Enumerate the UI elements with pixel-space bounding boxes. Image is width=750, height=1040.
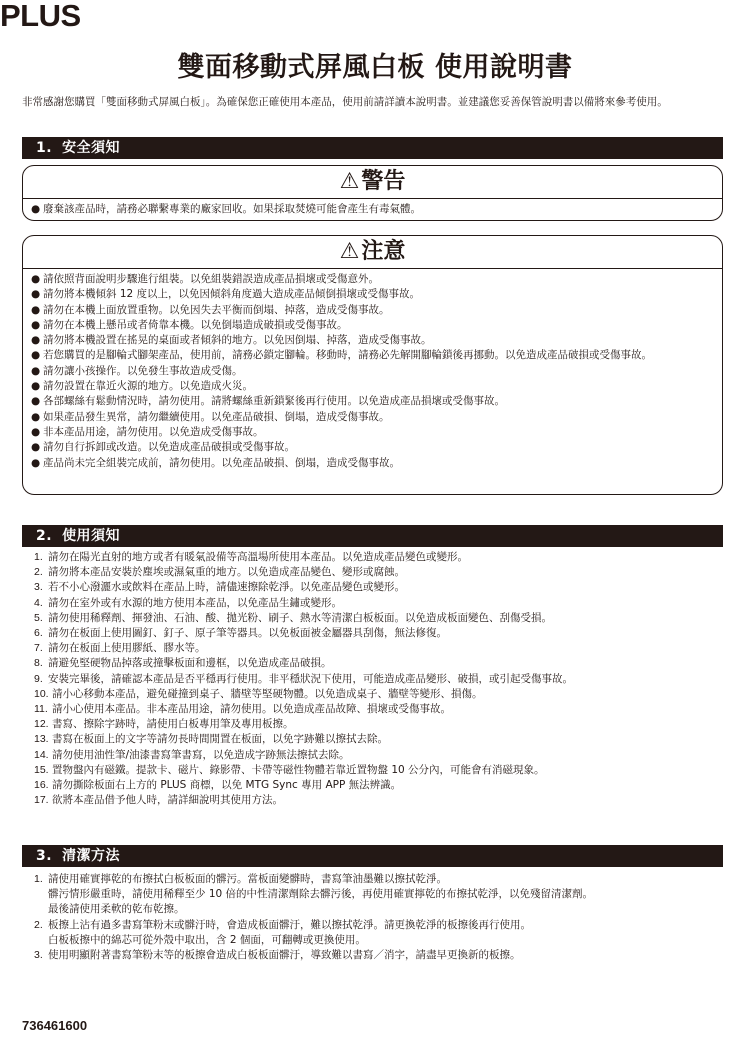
section-header-usage: 2.使用須知 [22, 525, 723, 547]
bullet-icon: ● [31, 410, 40, 425]
list-item: ●請勿在本機上面放置重物。以免因失去平衡而倒塌、掉落，造成受傷事故。 [31, 303, 714, 318]
caution-box: ⚠注意 ●請依照背面說明步驟進行組裝。以免組裝錯誤造成產品損壞或受傷意外。 ●請… [22, 235, 723, 495]
list-item: ●如果產品發生異常，請勿繼續使用。以免產品破損、倒塌，造成受傷事故。 [31, 410, 714, 425]
warning-heading: ⚠警告 [23, 166, 722, 199]
section-title: 使用須知 [62, 528, 120, 544]
list-item: 17.欲將本產品借予他人時，請詳細說明其使用方法。 [34, 793, 724, 808]
list-item: ●請勿自行拆卸或改造。以免造成產品破損或受傷事故。 [31, 440, 714, 455]
warning-title: 警告 [361, 169, 405, 194]
list-item: 15.置物盤內有磁鐵。提款卡、磁片、錄影帶、卡帶等磁性物體若靠近置物盤 10 公… [34, 763, 724, 778]
bullet-icon: ● [31, 287, 40, 302]
bullet-icon: ● [31, 379, 40, 394]
document-code: 736461600 [22, 1018, 87, 1034]
bullet-icon: ● [31, 272, 40, 287]
list-item: ●產品尚未完全組裝完成前，請勿使用。以免產品破損、倒塌，造成受傷事故。 [31, 456, 714, 471]
list-item: ●非本產品用途，請勿使用。以免造成受傷事故。 [31, 425, 714, 440]
list-item: ●各部螺絲有鬆動情況時，請勿使用。請將螺絲重新鎖緊後再行使用。以免造成產品損壞或… [31, 394, 714, 409]
intro-paragraph: 非常感謝您購買「雙面移動式屏風白板」。為確保您正確使用本產品，使用前請詳讀本說明… [22, 94, 722, 110]
section-number: 1. [36, 140, 52, 156]
warning-list: ●廢棄該產品時，請務必聯繫專業的廠家回收。如果採取焚燒可能會產生有毒氣體。 [23, 199, 722, 221]
list-item: 11.請小心使用本產品。非本產品用途，請勿使用。以免造成產品故障、損壞或受傷事故… [34, 702, 724, 717]
section-title: 安全須知 [62, 140, 120, 156]
brand-logo: PLUS [0, 0, 81, 36]
list-item: 16.請勿撕除板面右上方的 PLUS 商標，以免 MTG Sync 專用 APP… [34, 778, 724, 793]
section-number: 3. [36, 848, 52, 864]
section-number: 2. [36, 528, 52, 544]
list-item: 8.請避免堅硬物品掉落或撞擊板面和邊框，以免造成產品破損。 [34, 656, 724, 671]
section-header-cleaning: 3.清潔方法 [22, 845, 723, 867]
caution-heading: ⚠注意 [23, 236, 722, 269]
bullet-icon: ● [31, 303, 40, 318]
bullet-icon: ● [31, 456, 40, 471]
list-item: ●請依照背面說明步驟進行組裝。以免組裝錯誤造成產品損壞或受傷意外。 [31, 272, 714, 287]
list-item: ●若您購買的是腳輪式腳架產品，使用前，請務必鎖定腳輪。移動時，請務必先解開腳輪鎖… [31, 348, 714, 363]
bullet-icon: ● [31, 202, 40, 217]
list-item: 3. 使用明顯附著書寫筆粉末等的板擦會造成白板板面髒汙，導致難以書寫／消字，請盡… [34, 948, 724, 963]
list-item: 5.請勿使用稀釋劑、揮發油、石油、酸、拋光粉、刷子、熱水等清潔白板板面。以免造成… [34, 611, 724, 626]
bullet-icon: ● [31, 425, 40, 440]
bullet-icon: ● [31, 348, 40, 363]
section-header-safety: 1.安全須知 [22, 137, 723, 159]
list-item: 2.請勿將本產品安裝於塵埃或濕氣重的地方。以免造成產品變色、變形或腐蝕。 [34, 565, 724, 580]
list-item: 1.請勿在陽光直射的地方或者有暖氣設備等高溫場所使用本產品。以免造成產品變色或變… [34, 550, 724, 565]
bullet-icon: ● [31, 440, 40, 455]
list-item: 6.請勿在板面上使用圖釘、釘子、原子筆等器具。以免板面被金屬器具刮傷，無法修復。 [34, 626, 724, 641]
list-item: ●請勿將本機設置在搖晃的桌面或者傾斜的地方。以免因倒塌、掉落，造成受傷事故。 [31, 333, 714, 348]
list-item: 3.若不小心潑灑水或飲料在產品上時，請儘速擦除乾淨。以免產品變色或變形。 [34, 580, 724, 595]
bullet-icon: ● [31, 318, 40, 333]
section-title: 清潔方法 [62, 848, 120, 864]
bullet-icon: ● [31, 333, 40, 348]
caution-title: 注意 [361, 239, 405, 264]
list-item: 13.書寫在板面上的文字等請勿長時間閒置在板面，以免字跡難以擦拭去除。 [34, 732, 724, 747]
list-item: 10.請小心移動本產品，避免碰撞到桌子、牆壁等堅硬物體。以免造成桌子、牆壁等變形… [34, 687, 724, 702]
caution-list: ●請依照背面說明步驟進行組裝。以免組裝錯誤造成產品損壞或受傷意外。 ●請勿將本機… [23, 269, 722, 475]
list-item: ●廢棄該產品時，請務必聯繫專業的廠家回收。如果採取焚燒可能會產生有毒氣體。 [31, 202, 714, 217]
list-item: 4.請勿在室外或有水源的地方使用本產品，以免產品生鏽或變形。 [34, 596, 724, 611]
warning-box: ⚠警告 ●廢棄該產品時，請務必聯繫專業的廠家回收。如果採取焚燒可能會產生有毒氣體… [22, 165, 723, 221]
bullet-icon: ● [31, 364, 40, 379]
list-item: 12.書寫、擦除字跡時，請使用白板專用筆及專用板擦。 [34, 717, 724, 732]
warning-triangle-icon: ⚠ [340, 169, 360, 194]
bullet-icon: ● [31, 394, 40, 409]
list-item: 1. 請使用確實擰乾的布擦拭白板板面的髒污。當板面變髒時，書寫筆油墨難以擦拭乾淨… [34, 872, 724, 918]
document-title: 雙面移動式屏風白板 使用說明書 [0, 50, 750, 86]
list-item: ●請勿在本機上懸吊或者倚靠本機。以免倒塌造成破損或受傷事故。 [31, 318, 714, 333]
list-item: 7.請勿在板面上使用膠紙、膠水等。 [34, 641, 724, 656]
list-item: 2. 板擦上沾有過多書寫筆粉末或髒汙時，會造成板面髒汙，難以擦拭乾淨。請更換乾淨… [34, 918, 724, 948]
list-item: ●請勿讓小孩操作。以免發生事故造成受傷。 [31, 364, 714, 379]
list-item: 14.請勿使用油性筆/油漆書寫筆書寫，以免造成字跡無法擦拭去除。 [34, 748, 724, 763]
list-item: ●請勿將本機傾斜 12 度以上，以免因傾斜角度過大造成產品傾倒損壞或受傷事故。 [31, 287, 714, 302]
cleaning-list: 1. 請使用確實擰乾的布擦拭白板板面的髒污。當板面變髒時，書寫筆油墨難以擦拭乾淨… [34, 872, 724, 963]
caution-triangle-icon: ⚠ [340, 239, 360, 264]
list-item: ●請勿設置在靠近火源的地方。以免造成火災。 [31, 379, 714, 394]
list-item: 9.安裝完畢後，請確認本產品是否平穩再行使用。非平穩狀況下使用，可能造成產品變形… [34, 672, 724, 687]
usage-list: 1.請勿在陽光直射的地方或者有暖氣設備等高溫場所使用本產品。以免造成產品變色或變… [34, 550, 724, 808]
